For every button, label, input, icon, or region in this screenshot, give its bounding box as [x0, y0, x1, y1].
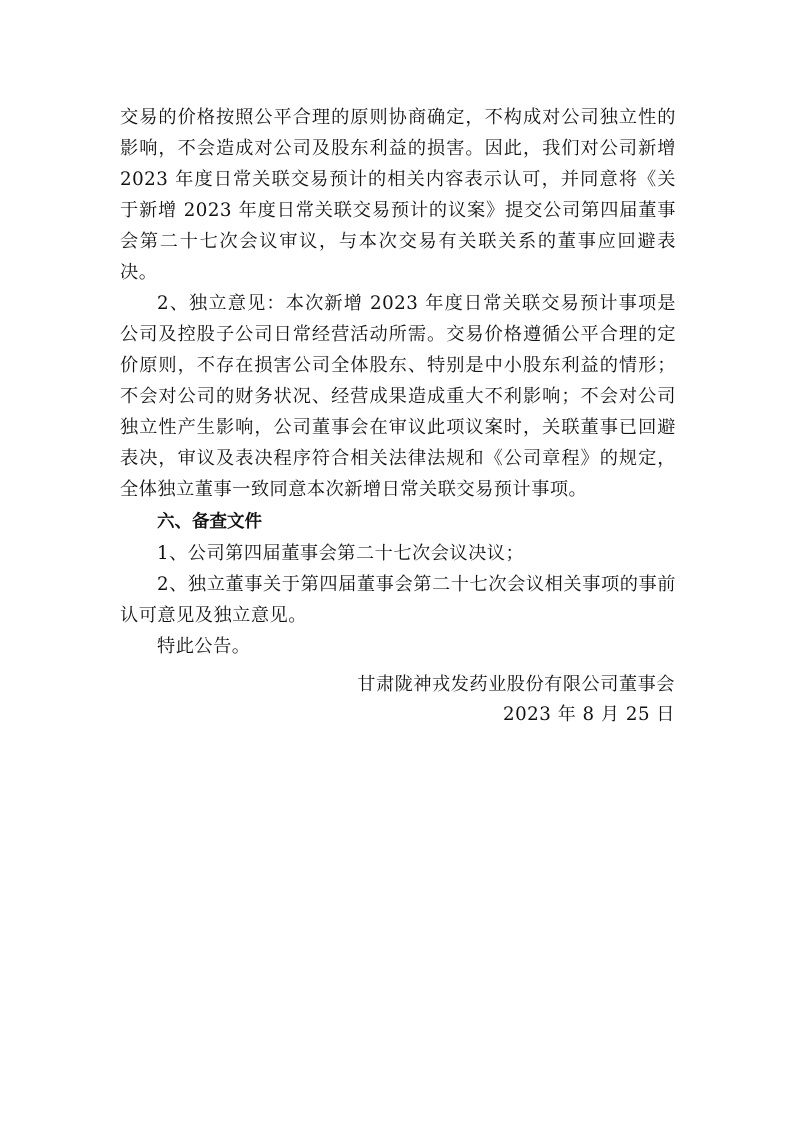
section-heading-reference-files: 六、备查文件 [120, 507, 676, 538]
signature-company: 甘肃陇神戎发药业股份有限公司董事会 [357, 670, 675, 700]
reference-file-item: 1、公司第四届董事会第二十七次会议决议； [120, 538, 676, 569]
document-body: 交易的价格按照公平合理的原则协商确定，不构成对公司独立性的影响，不会造成对公司及… [120, 102, 676, 662]
paragraph-independent-opinion: 2、独立意见：本次新增 2023 年度日常关联交易预计事项是公司及控股子公司日常… [120, 288, 676, 505]
signature-date: 2023 年 8 月 25 日 [503, 700, 675, 730]
paragraph-prior-approval-continued: 交易的价格按照公平合理的原则协商确定，不构成对公司独立性的影响，不会造成对公司及… [120, 102, 676, 288]
closing-statement: 特此公告。 [120, 631, 676, 662]
reference-file-item: 2、独立董事关于第四届董事会第二十七次会议相关事项的事前认可意见及独立意见。 [120, 569, 676, 631]
